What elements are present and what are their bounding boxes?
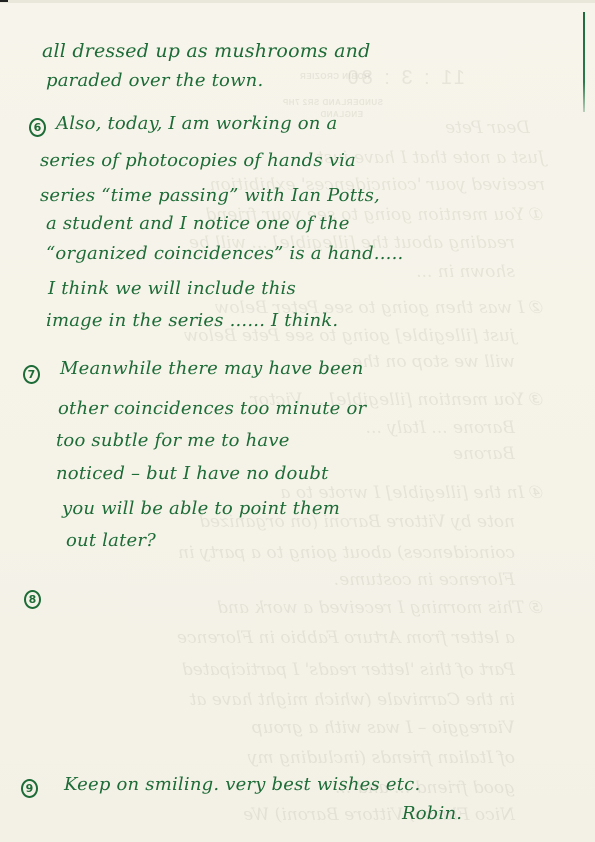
handwritten-line: Meanwhile there may have been xyxy=(60,358,364,379)
ghost-line: Barone ... Italy ... xyxy=(366,418,515,438)
letter-page: ROBIN CROZIER SUNDERLAND SR2 7HP ENGLAND… xyxy=(0,0,595,842)
handwritten-line: all dressed up as mushrooms and xyxy=(42,40,370,62)
handwritten-line: other coincidences too minute or xyxy=(58,398,366,419)
handwritten-line: image in the series ...... I think. xyxy=(46,310,338,331)
handwritten-line: Keep on smiling. very best wishes etc. xyxy=(64,774,420,795)
ghost-line: of Italian friends (including my xyxy=(248,748,515,768)
ghost-line: Nico Flasso, Vittore Baroni) We xyxy=(243,805,515,825)
handwritten-line: noticed – but I have no doubt xyxy=(56,463,329,484)
ghost-line: in the Carnivale (which might have at xyxy=(189,690,515,710)
circled-number-8: 8 xyxy=(24,590,41,609)
handwritten-line: series of photocopies of hands via xyxy=(40,150,356,171)
handwritten-line: too subtle for me to have xyxy=(56,430,290,451)
ghost-line: a letter from Arturo Fabbio in Florence xyxy=(177,628,515,648)
ghost-line: coincidences) about going to a party in xyxy=(178,543,515,563)
green-margin-line xyxy=(583,12,585,112)
ghost-letterhead-name: ROBIN CROZIER xyxy=(300,72,371,81)
handwritten-line: series “time passing” with Ian Potts, xyxy=(40,185,380,206)
ghost-line: ⑤ This morning I received a work and xyxy=(217,598,545,618)
circled-number-6: 6 xyxy=(29,118,46,137)
ghost-line: Dear Pete xyxy=(445,118,530,138)
handwritten-line: Also, today, I am working on a xyxy=(56,113,337,134)
ghost-line: shown in ... xyxy=(416,262,515,282)
scan-corner-mark xyxy=(0,0,8,2)
paper-top-edge xyxy=(0,0,595,3)
circled-number-9: 9 xyxy=(21,779,38,798)
ghost-date: 11 : 3 : 80 xyxy=(345,67,465,90)
signature: Robin. xyxy=(402,803,462,824)
handwritten-line: paraded over the town. xyxy=(46,70,263,91)
ghost-line: Viareggio – I was with a group xyxy=(252,718,515,738)
ghost-line: Florence in costume. xyxy=(334,570,515,590)
handwritten-line: a student and I notice one of the xyxy=(46,213,350,234)
handwritten-line: you will be able to point them xyxy=(62,498,340,519)
handwritten-line: out later? xyxy=(66,530,156,551)
ghost-line: Barone xyxy=(453,444,515,464)
ghost-line: Part of this 'letter reads' I participat… xyxy=(182,660,515,680)
handwritten-line: I think we will include this xyxy=(48,278,296,299)
ghost-letterhead-city: SUNDERLAND SR2 7HP xyxy=(282,98,383,107)
circled-number-7: 7 xyxy=(23,365,40,384)
handwritten-line: “organized coincidences” is a hand..... xyxy=(46,243,403,264)
